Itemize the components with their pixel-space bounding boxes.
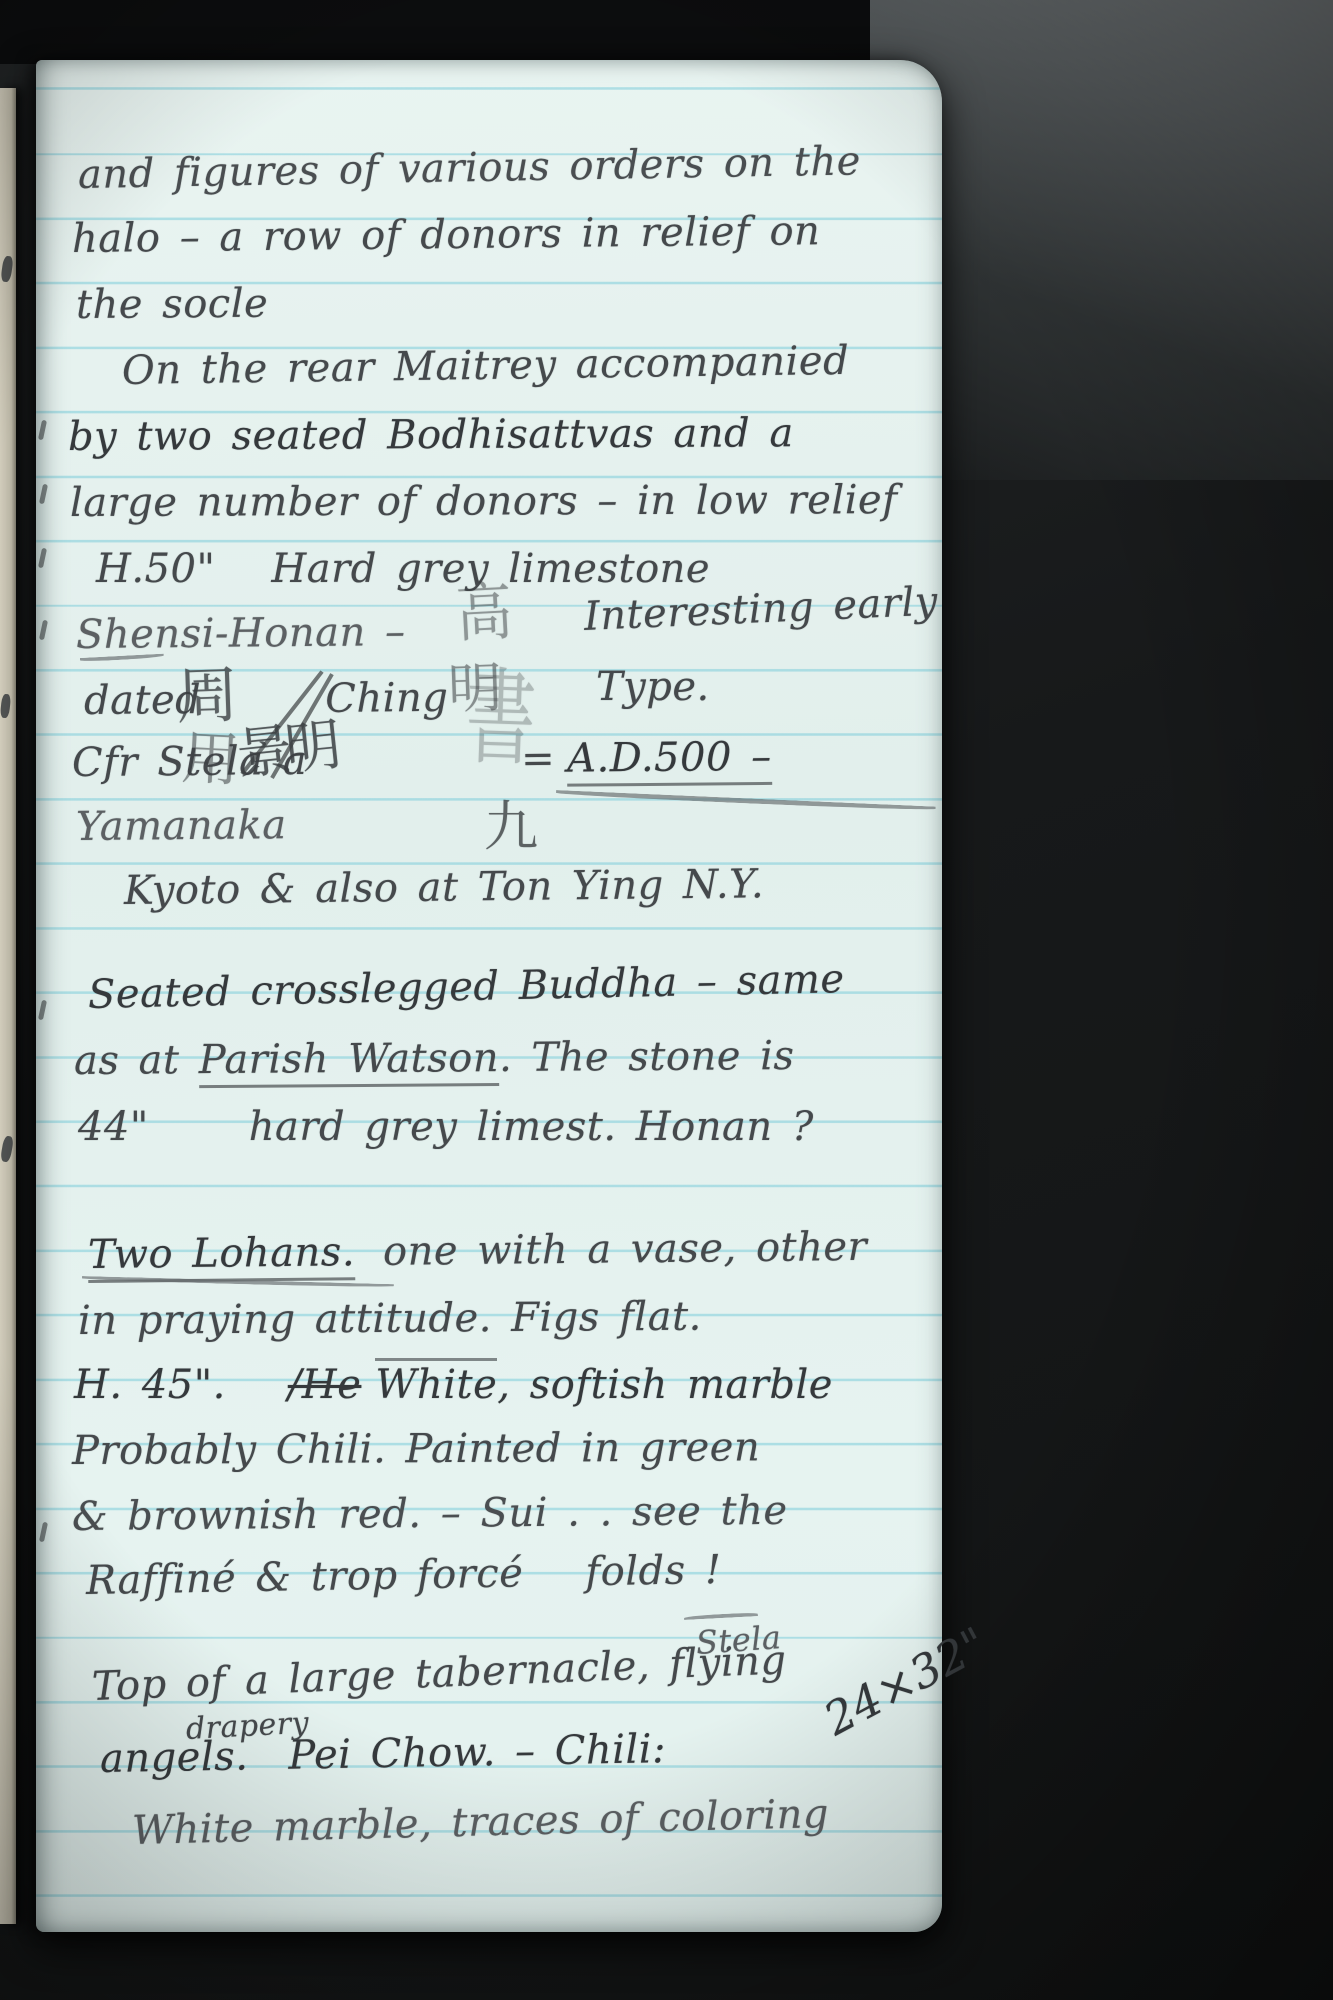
- handwriting-line: 44"hard grey limest. Honan ?: [78, 1104, 814, 1150]
- line-text: one with a vase, other: [383, 1224, 868, 1275]
- handwriting-line: Shensi-Honan –: [76, 609, 406, 658]
- handwriting-line: On the rear Maitrey accompanied: [122, 338, 850, 394]
- line-text: Raffiné & trop forcé: [86, 1550, 524, 1604]
- ink-mark: [0, 255, 14, 282]
- dimension-note: 24×32": [816, 1617, 996, 1746]
- notebook-page: and figures of various orders on the hal…: [36, 60, 942, 1932]
- stitch-mark: [38, 1000, 47, 1021]
- stitch-mark: [39, 620, 48, 641]
- handwriting-line: H.50"Hard grey limestone: [96, 546, 710, 592]
- line-text: & brownish red. – Sui . . see the: [72, 1488, 788, 1540]
- handwriting-line: as at Parish Watson. The stone is: [74, 1033, 795, 1084]
- handwriting-line: Two Lohans.one with a vase, other: [88, 1224, 868, 1278]
- line-text: Kyoto & also at Ton Ying N.Y.: [124, 861, 765, 914]
- facing-page-edge: [0, 88, 16, 1924]
- handwriting-line: Raffiné & trop forcéfolds !: [86, 1547, 722, 1604]
- line-text: Seated crosslegged Buddha – same: [88, 956, 846, 1018]
- handwriting-line: Kyoto & also at Ton Ying N.Y.: [124, 861, 765, 914]
- background-top-strip: [0, 0, 900, 64]
- chinese-character-sketch: 書: [463, 634, 538, 788]
- handwriting-line: Cfr Stela a=A.D.500 –: [72, 734, 772, 786]
- crossed-out-word: /He: [288, 1362, 362, 1408]
- handwriting-line: the socle: [76, 281, 269, 328]
- line-text: 24×32": [816, 1617, 996, 1746]
- handwriting-line: Seated crosslegged Buddha – same: [88, 956, 846, 1018]
- handwriting-line: & brownish red. – Sui . . see the: [72, 1488, 788, 1540]
- stitch-mark: [38, 420, 47, 441]
- height-note: 44": [78, 1104, 149, 1150]
- overline-stroke: [684, 1612, 758, 1620]
- photograph-of-notebook: and figures of various orders on the hal…: [0, 0, 1333, 2000]
- handwriting-line: angels.Pei Chow. – Chili:: [100, 1726, 667, 1782]
- line-text: in praying attitude. Figs flat.: [78, 1294, 702, 1344]
- line-text: halo – a row of donors in relief on: [72, 208, 821, 262]
- line-text: Pei Chow. – Chili:: [288, 1726, 666, 1779]
- handwriting-line: by two seated Bodhisattvas and a: [68, 410, 794, 460]
- line-text: White marble, traces of coloring: [131, 1791, 829, 1854]
- line-text: On the rear Maitrey accompanied: [122, 338, 850, 394]
- line-text: drapery: [185, 1706, 310, 1747]
- line-text: Ching: [325, 675, 448, 722]
- stitch-mark: [39, 1522, 48, 1543]
- line-text: the socle: [76, 281, 269, 328]
- line-text: Probably Chili. Painted in green: [72, 1424, 760, 1474]
- handwriting-line: White marble, traces of coloring: [131, 1791, 829, 1854]
- line-text: . The stone is: [499, 1033, 795, 1081]
- handwriting-line-right-column: Type.: [596, 664, 710, 710]
- stitch-mark: [38, 548, 47, 569]
- line-text: as at: [74, 1037, 180, 1084]
- line-text: Top of a large tabernacle, flying: [91, 1637, 787, 1710]
- line-text: and figures of various orders on the: [78, 138, 862, 198]
- chinese-character-sketch: 九: [484, 784, 538, 861]
- line-text: by two seated Bodhisattvas and a: [68, 410, 794, 460]
- underline-flourish: [556, 790, 936, 812]
- underlined-title: Two Lohans.: [88, 1229, 356, 1283]
- handwriting-line: Top of a large tabernacle, flying: [91, 1637, 787, 1710]
- handwriting-line: Probably Chili. Painted in green: [72, 1424, 760, 1474]
- date-annotation: A.D.500 –: [567, 734, 772, 787]
- line-text: hard grey limest. Honan ?: [249, 1104, 814, 1150]
- overlined-word: White: [375, 1358, 497, 1408]
- inserted-word: drapery: [185, 1706, 310, 1747]
- handwriting-line: halo – a row of donors in relief on: [72, 208, 821, 262]
- handwriting-line: Yamanaka: [76, 802, 287, 850]
- height-note: H.50": [96, 546, 215, 592]
- line-text: large number of donors – in low relief: [70, 477, 898, 526]
- handwriting-line: large number of donors – in low relief: [70, 477, 898, 526]
- line-text: , softish marble: [497, 1362, 833, 1408]
- height-note: H. 45".: [74, 1362, 226, 1408]
- handwriting-line: and figures of various orders on the: [78, 138, 862, 198]
- stitch-mark: [39, 484, 48, 505]
- line-text: folds !: [585, 1547, 722, 1595]
- ink-mark: [0, 1135, 14, 1162]
- underlined-name: Parish Watson: [199, 1035, 500, 1088]
- line-text: Type.: [596, 664, 710, 710]
- line-text: Yamanaka: [76, 802, 287, 850]
- line-text: Shensi-Honan –: [76, 609, 406, 658]
- ink-mark: [0, 694, 11, 719]
- handwriting-line: in praying attitude. Figs flat.: [78, 1294, 702, 1344]
- handwriting-line: H. 45"./HeWhite, softish marble: [74, 1362, 833, 1408]
